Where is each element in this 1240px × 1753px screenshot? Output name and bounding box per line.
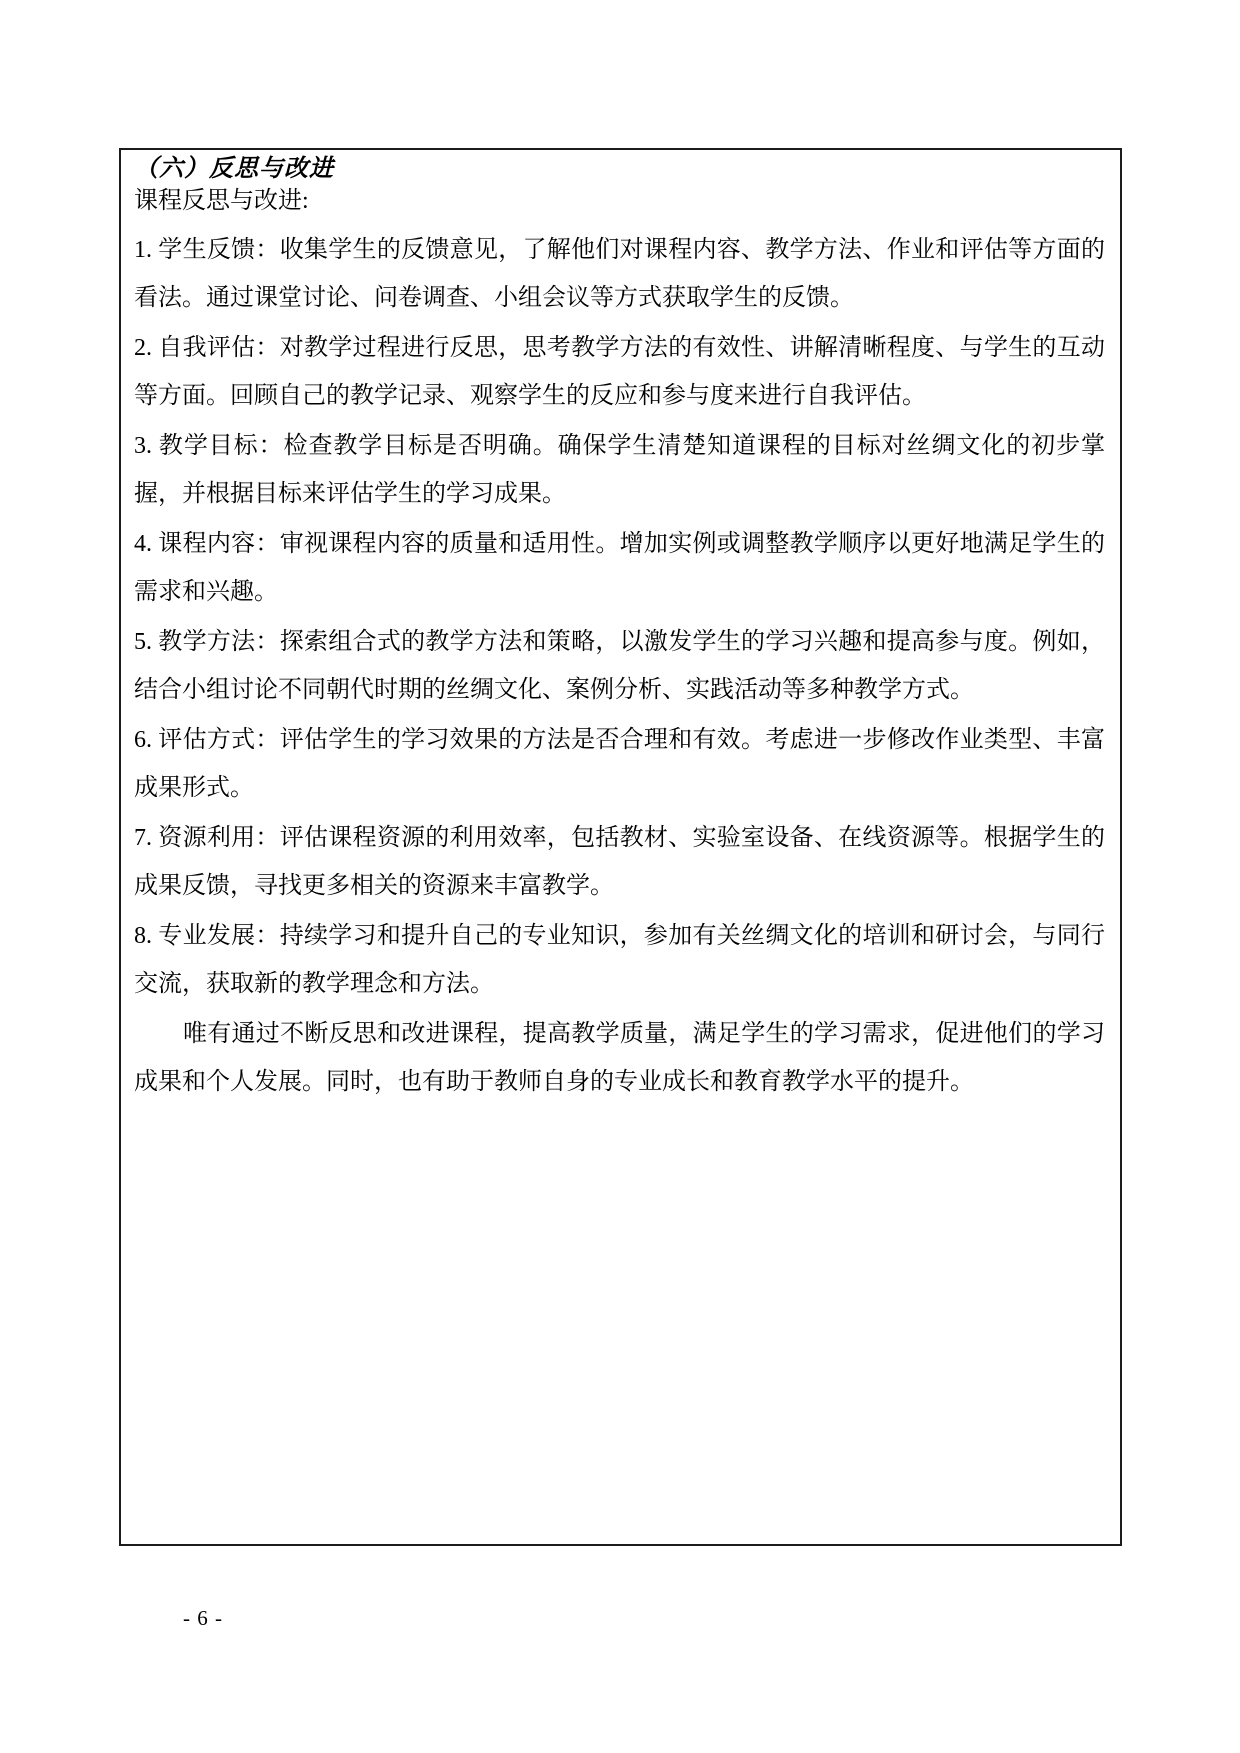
section-heading: （六）反思与改进 <box>134 153 1105 185</box>
page-number: - 6 - <box>183 1605 223 1631</box>
paragraph-teaching-methods: 5. 教学方法：探索组合式的教学方法和策略，以激发学生的学习兴趣和提高参与度。例… <box>134 618 1105 714</box>
table-cell-border: （六）反思与改进 课程反思与改进: 1. 学生反馈：收集学生的反馈意见，了解他们… <box>119 148 1122 1546</box>
paragraph-self-assessment: 2. 自我评估：对教学过程进行反思，思考教学方法的有效性、讲解清晰程度、与学生的… <box>134 324 1105 420</box>
paragraph-conclusion: 唯有通过不断反思和改进课程，提高教学质量，满足学生的学习需求，促进他们的学习成果… <box>134 1010 1105 1106</box>
paragraph-resource-utilization: 7. 资源利用：评估课程资源的利用效率，包括教材、实验室设备、在线资源等。根据学… <box>134 814 1105 910</box>
paragraph-student-feedback: 1. 学生反馈：收集学生的反馈意见，了解他们对课程内容、教学方法、作业和评估等方… <box>134 226 1105 322</box>
body-text: 1. 学生反馈：收集学生的反馈意见，了解他们对课程内容、教学方法、作业和评估等方… <box>134 226 1105 1106</box>
paragraph-teaching-goals: 3. 教学目标：检查教学目标是否明确。确保学生清楚知道课程的目标对丝绸文化的初步… <box>134 422 1105 518</box>
intro-line: 课程反思与改进: <box>134 185 1105 218</box>
paragraph-assessment-methods: 6. 评估方式：评估学生的学习效果的方法是否合理和有效。考虑进一步修改作业类型、… <box>134 716 1105 812</box>
paragraph-professional-development: 8. 专业发展：持续学习和提升自己的专业知识，参加有关丝绸文化的培训和研讨会，与… <box>134 912 1105 1008</box>
paragraph-course-content: 4. 课程内容：审视课程内容的质量和适用性。增加实例或调整教学顺序以更好地满足学… <box>134 520 1105 616</box>
document-page: （六）反思与改进 课程反思与改进: 1. 学生反馈：收集学生的反馈意见，了解他们… <box>0 0 1240 1753</box>
